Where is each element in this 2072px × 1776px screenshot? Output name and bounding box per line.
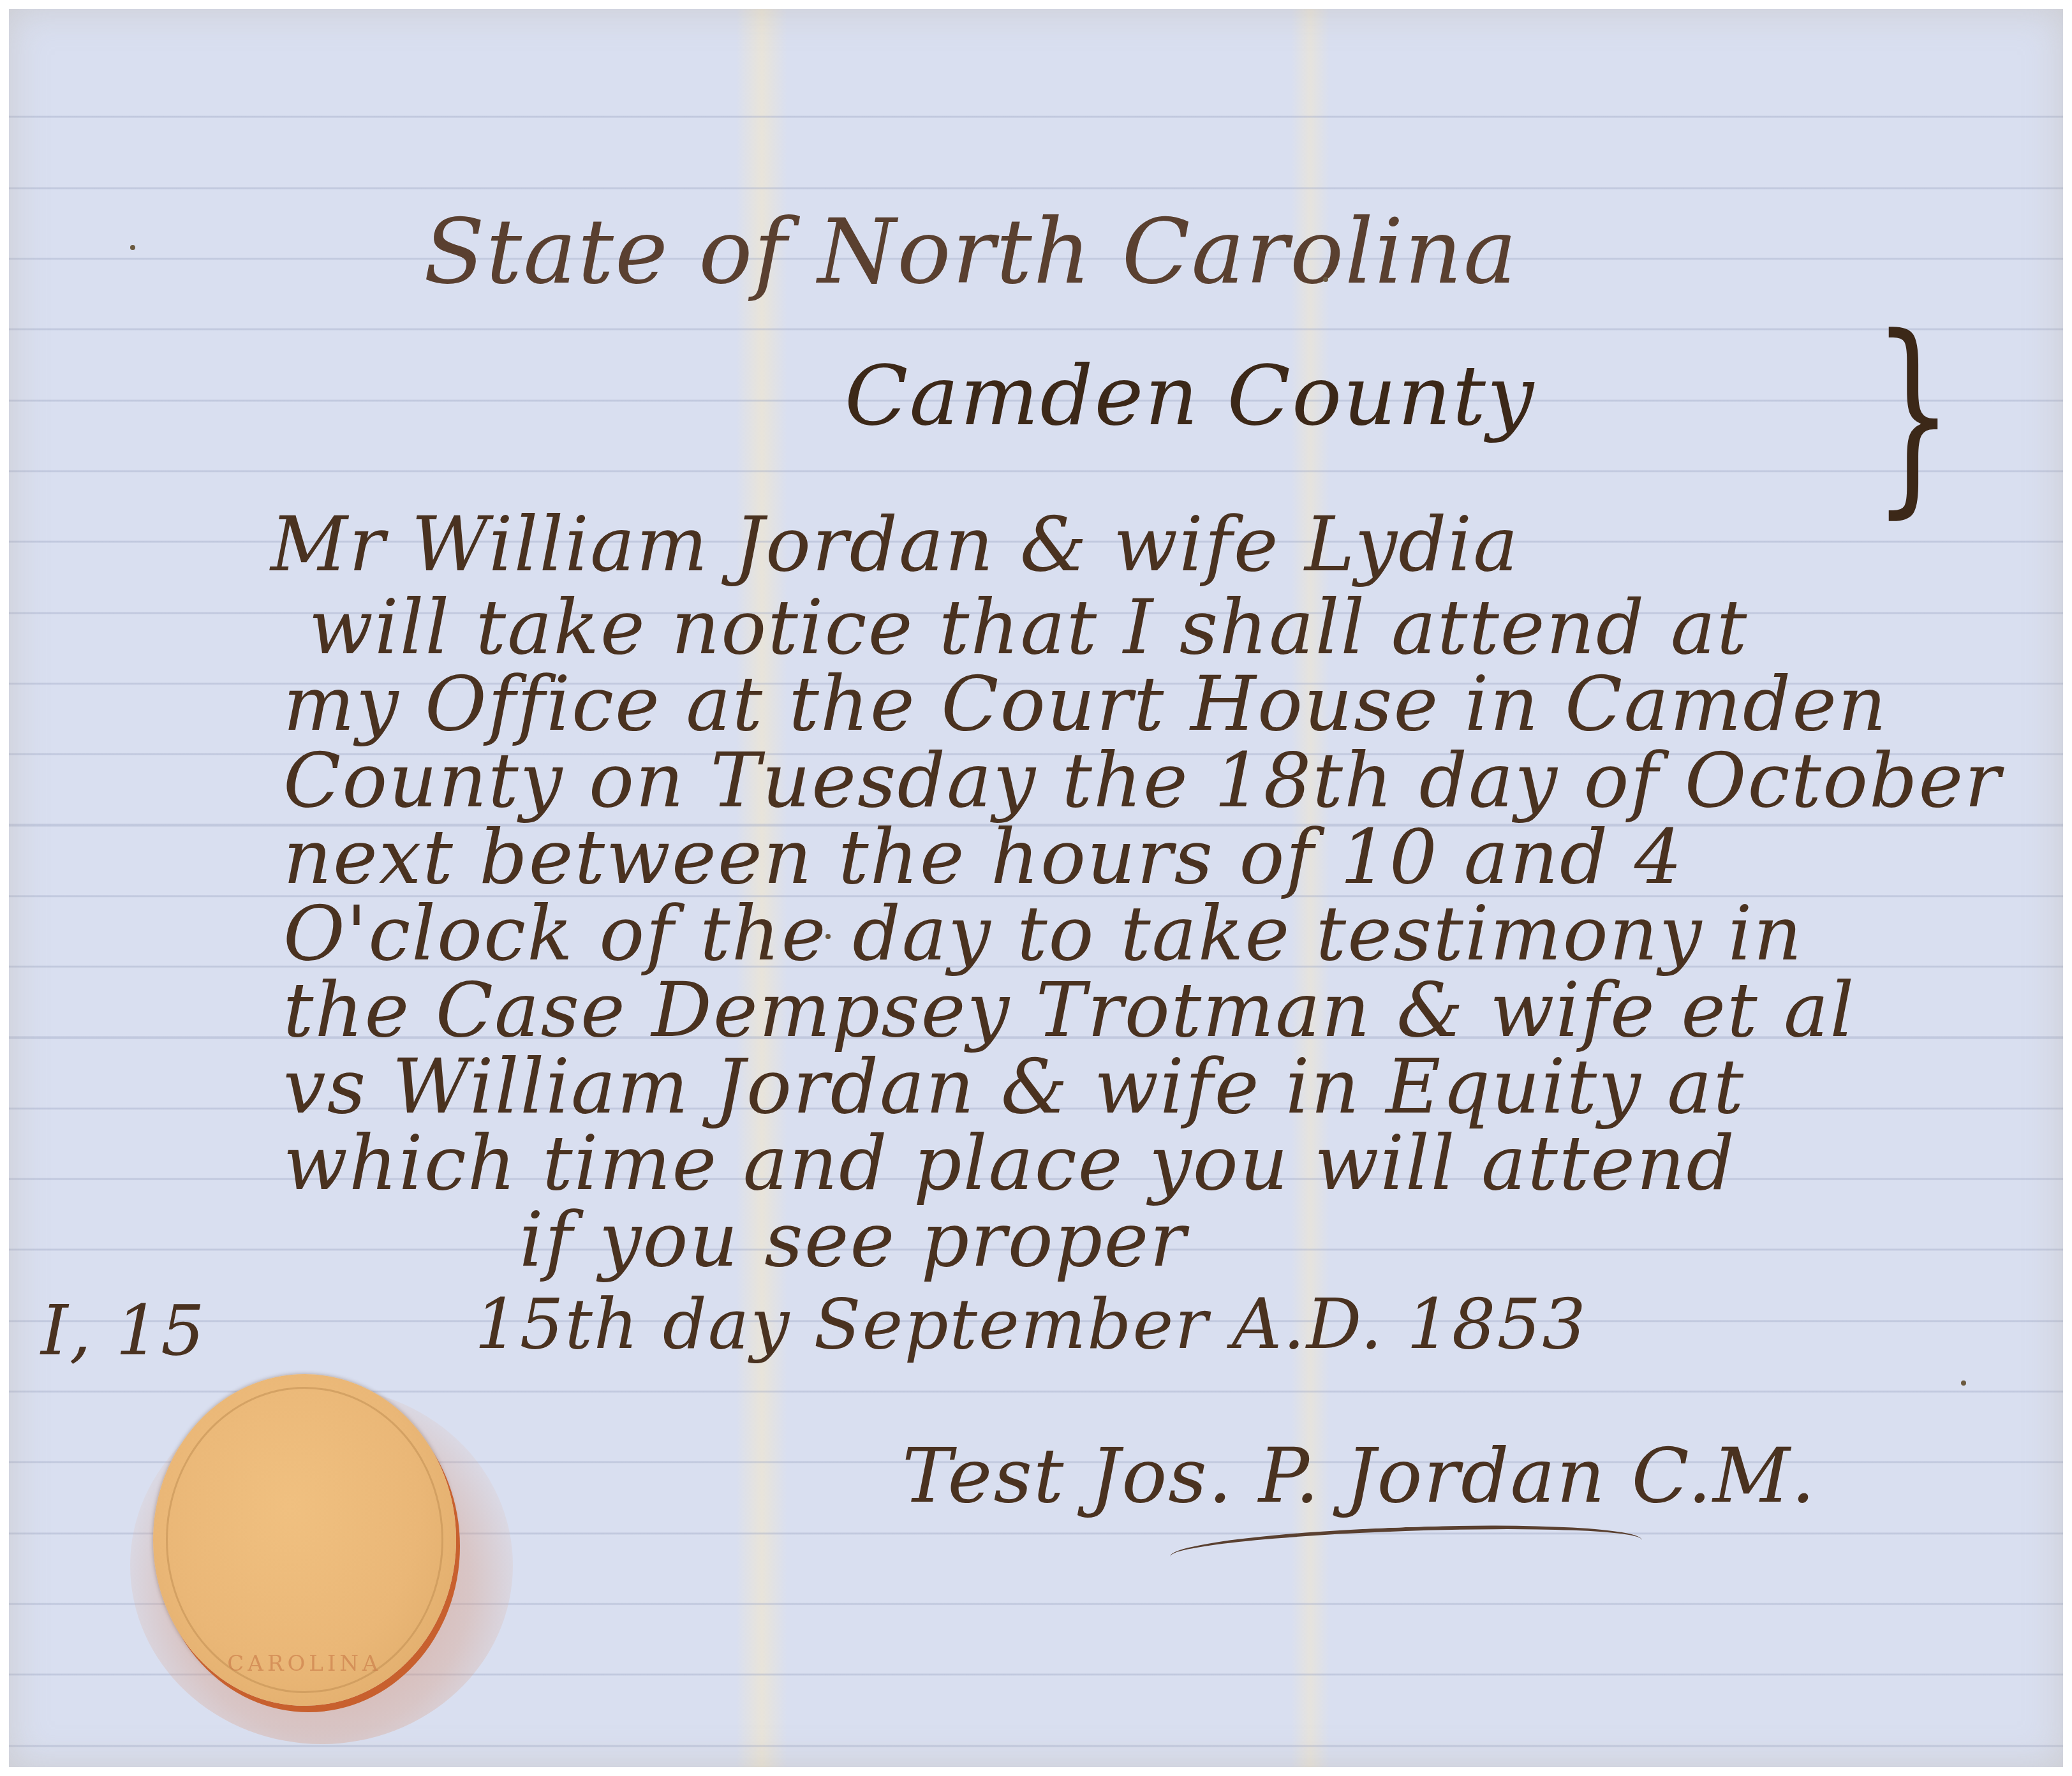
signature-flourish-icon <box>1169 1519 1643 1578</box>
heading-state: State of North Carolina <box>424 200 1518 304</box>
body-line-6: O'clock of the day to take testimony in <box>283 889 1803 977</box>
paper-speck <box>825 934 831 939</box>
heading-county: Camden County <box>845 347 1535 444</box>
body-line-9: which time and place you will attend <box>283 1119 1736 1207</box>
paper-speck <box>1961 1380 1966 1386</box>
paper-seal-icon: CAROLINA <box>153 1374 456 1706</box>
document-paper: State of North Carolina Camden County } … <box>9 9 2063 1767</box>
heading-brace-icon: } <box>1873 309 1953 519</box>
body-line-8: vs William Jordan & wife in Equity at <box>283 1042 1745 1130</box>
body-line-10: if you see proper <box>519 1195 1187 1284</box>
body-line-4: County on Tuesday the 18th day of Octobe… <box>283 736 2002 824</box>
date-line: 15th day September A.D. 1853 <box>475 1285 1587 1365</box>
body-line-5: next between the hours of 10 and 4 <box>283 813 1684 901</box>
signature: Test Jos. P. Jordan C.M. <box>902 1432 1816 1520</box>
seal-embossed-text: CAROLINA <box>153 1651 456 1676</box>
body-line-7: the Case Dempsey Trotman & wife et al <box>283 966 1855 1054</box>
body-line-1: Mr William Jordan & wife Lydia <box>270 500 1520 588</box>
paper-speck <box>130 245 135 250</box>
paper-speck <box>1323 277 1328 282</box>
body-line-2: will take notice that I shall attend at <box>309 583 1749 671</box>
seal-border <box>166 1387 443 1693</box>
date-prefix: I, 15 <box>41 1291 206 1371</box>
body-line-3: my Office at the Court House in Camden <box>283 660 1888 748</box>
